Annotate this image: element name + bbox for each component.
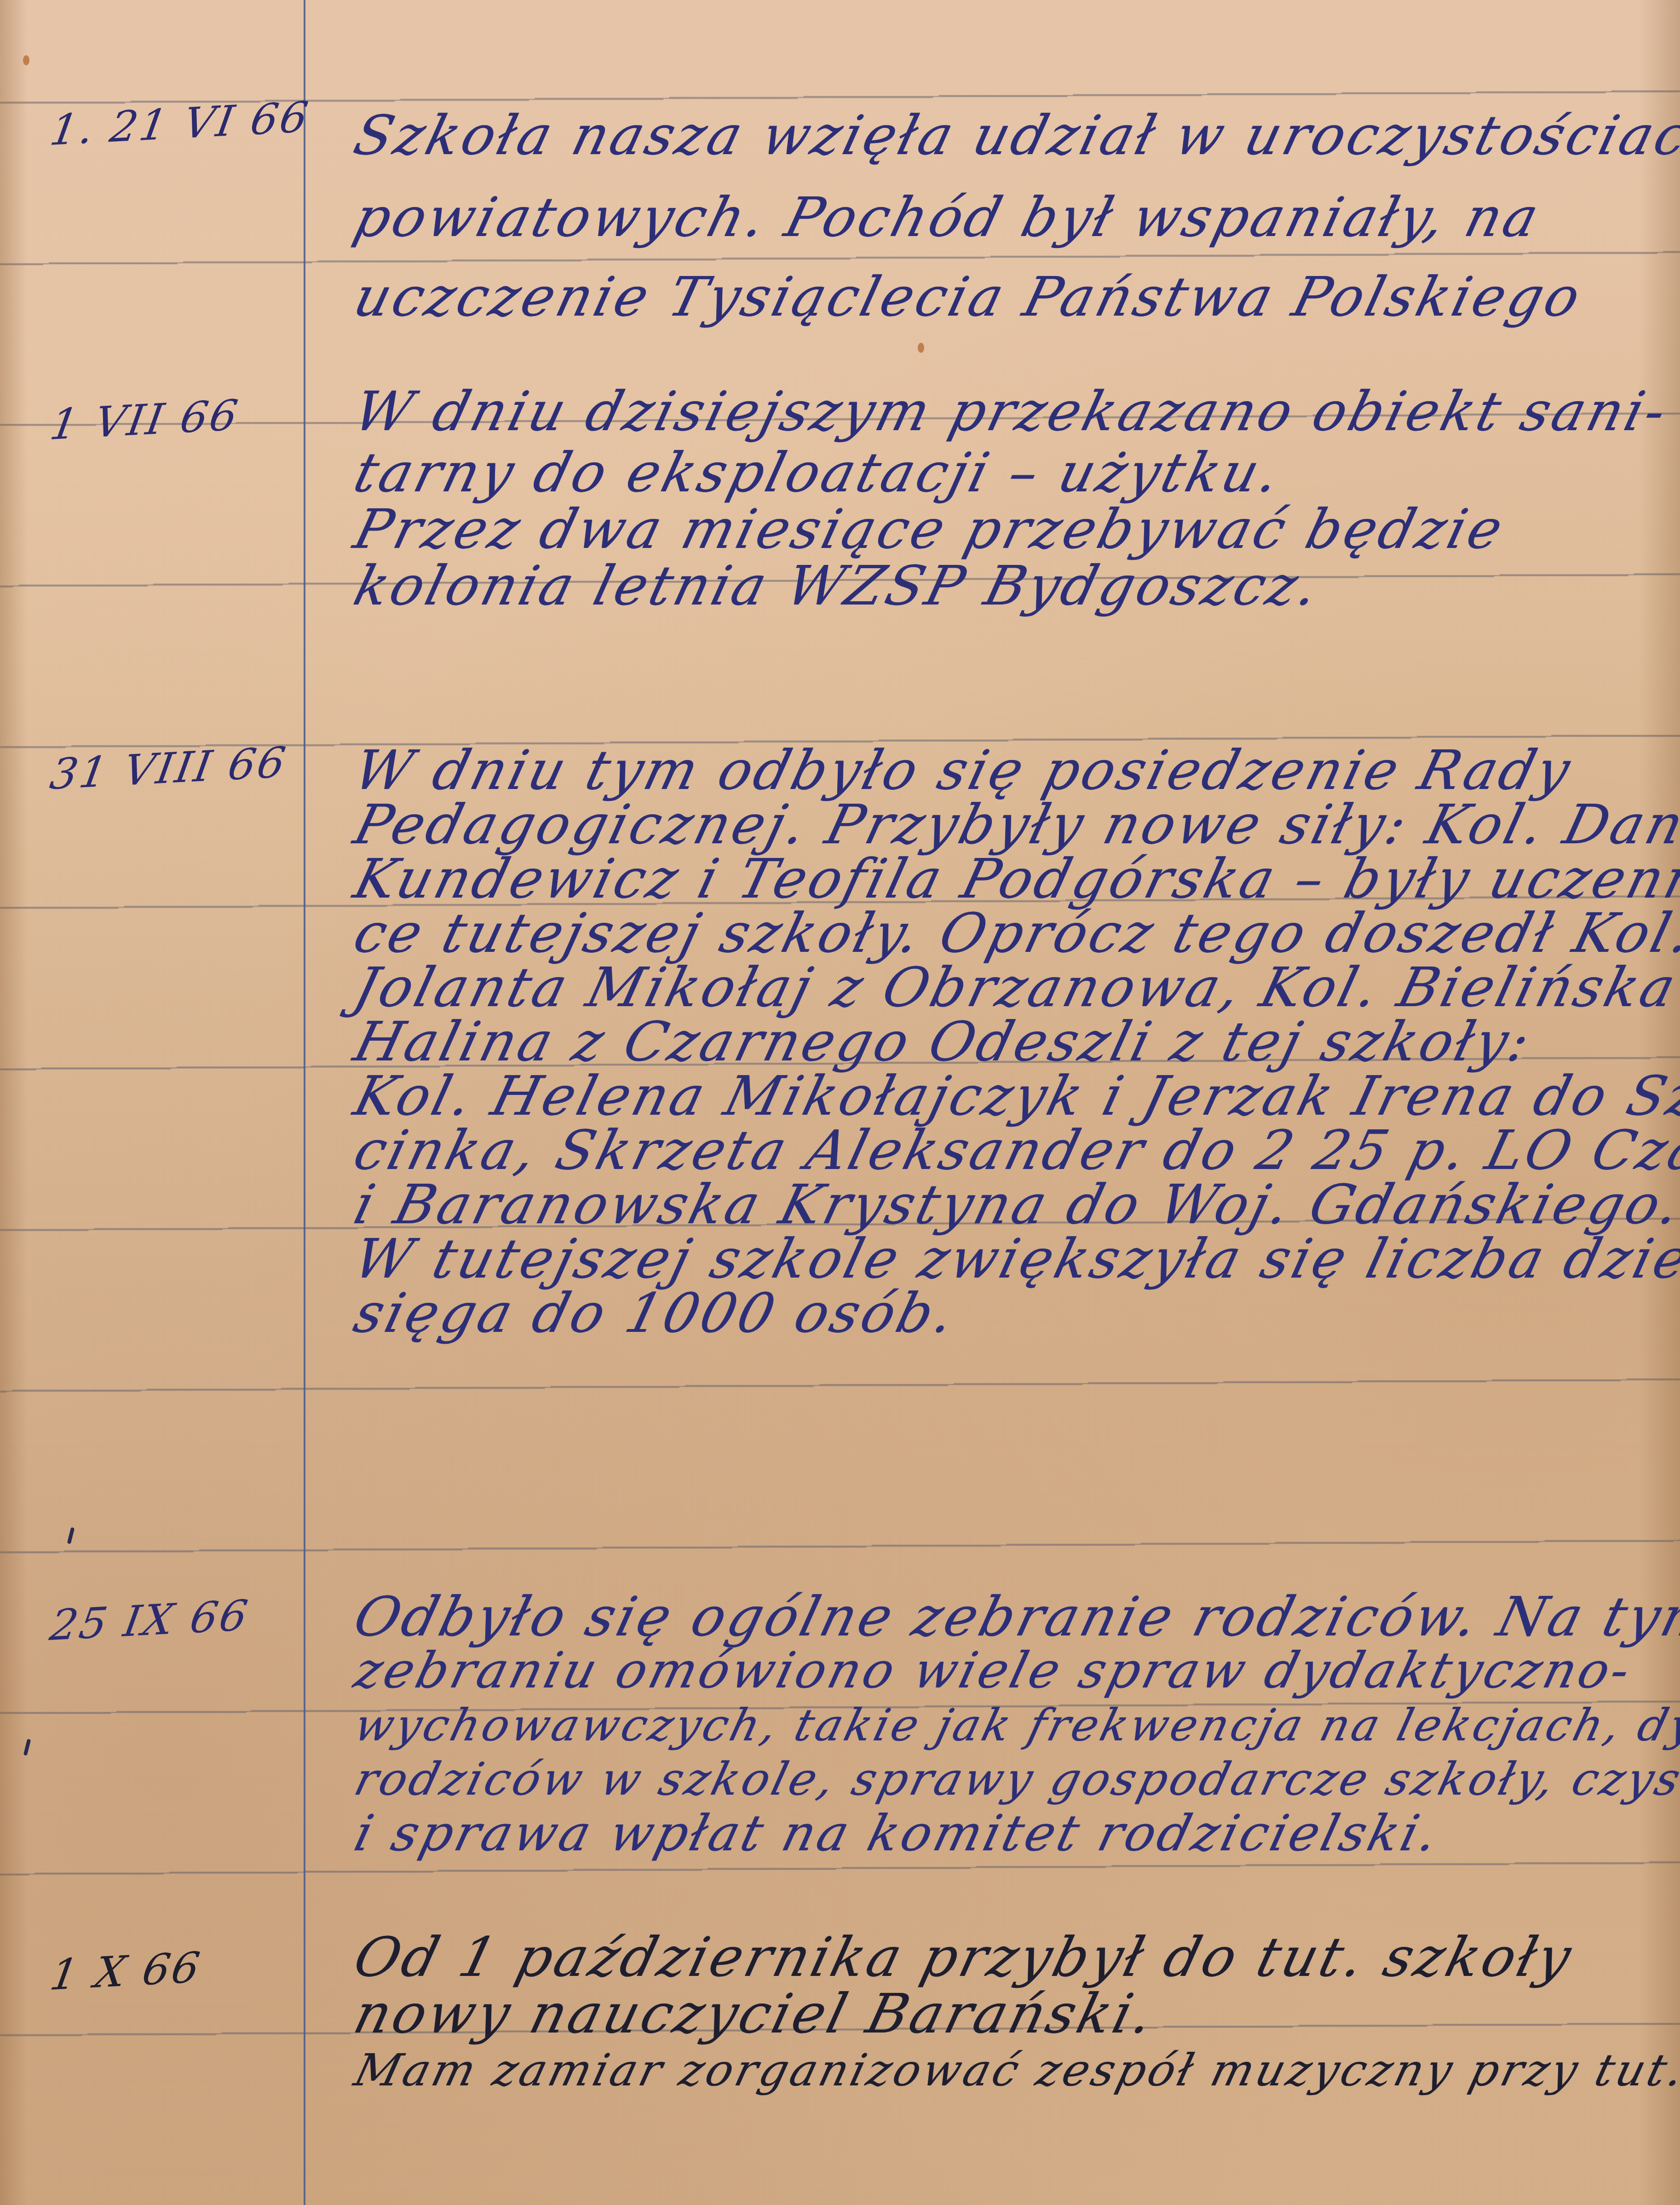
entry-text: W dniu tym odbyło się posiedzenie Rady P… [336, 690, 1662, 1393]
entry-line: kolonia letnia WZSP Bydgoszcz. [336, 506, 1680, 666]
entry-text: W dniu dzisiejszym przekazano obiekt san… [336, 331, 1662, 666]
margin-line [304, 0, 305, 2205]
entry-line: sięga do 1000 osób. [336, 1233, 1680, 1393]
entry-text: Od 1 października przybył do tut. szkoły… [336, 1877, 1662, 2150]
page-left-edge-shadow [0, 0, 28, 2205]
paper-stain [23, 55, 29, 65]
entry-text: Szkoła nasza wzięła udział w uroczystośc… [336, 55, 1662, 377]
entry-line: Mam zamiar zorganizować zespół muzyczny … [336, 1990, 1680, 2150]
notebook-page: 1. 21 VI 66 Szkoła nasza wzięła udział w… [0, 0, 1680, 2205]
entry-text: Odbyło się ogólne zebranie rodziców. Na … [336, 1537, 1662, 1914]
